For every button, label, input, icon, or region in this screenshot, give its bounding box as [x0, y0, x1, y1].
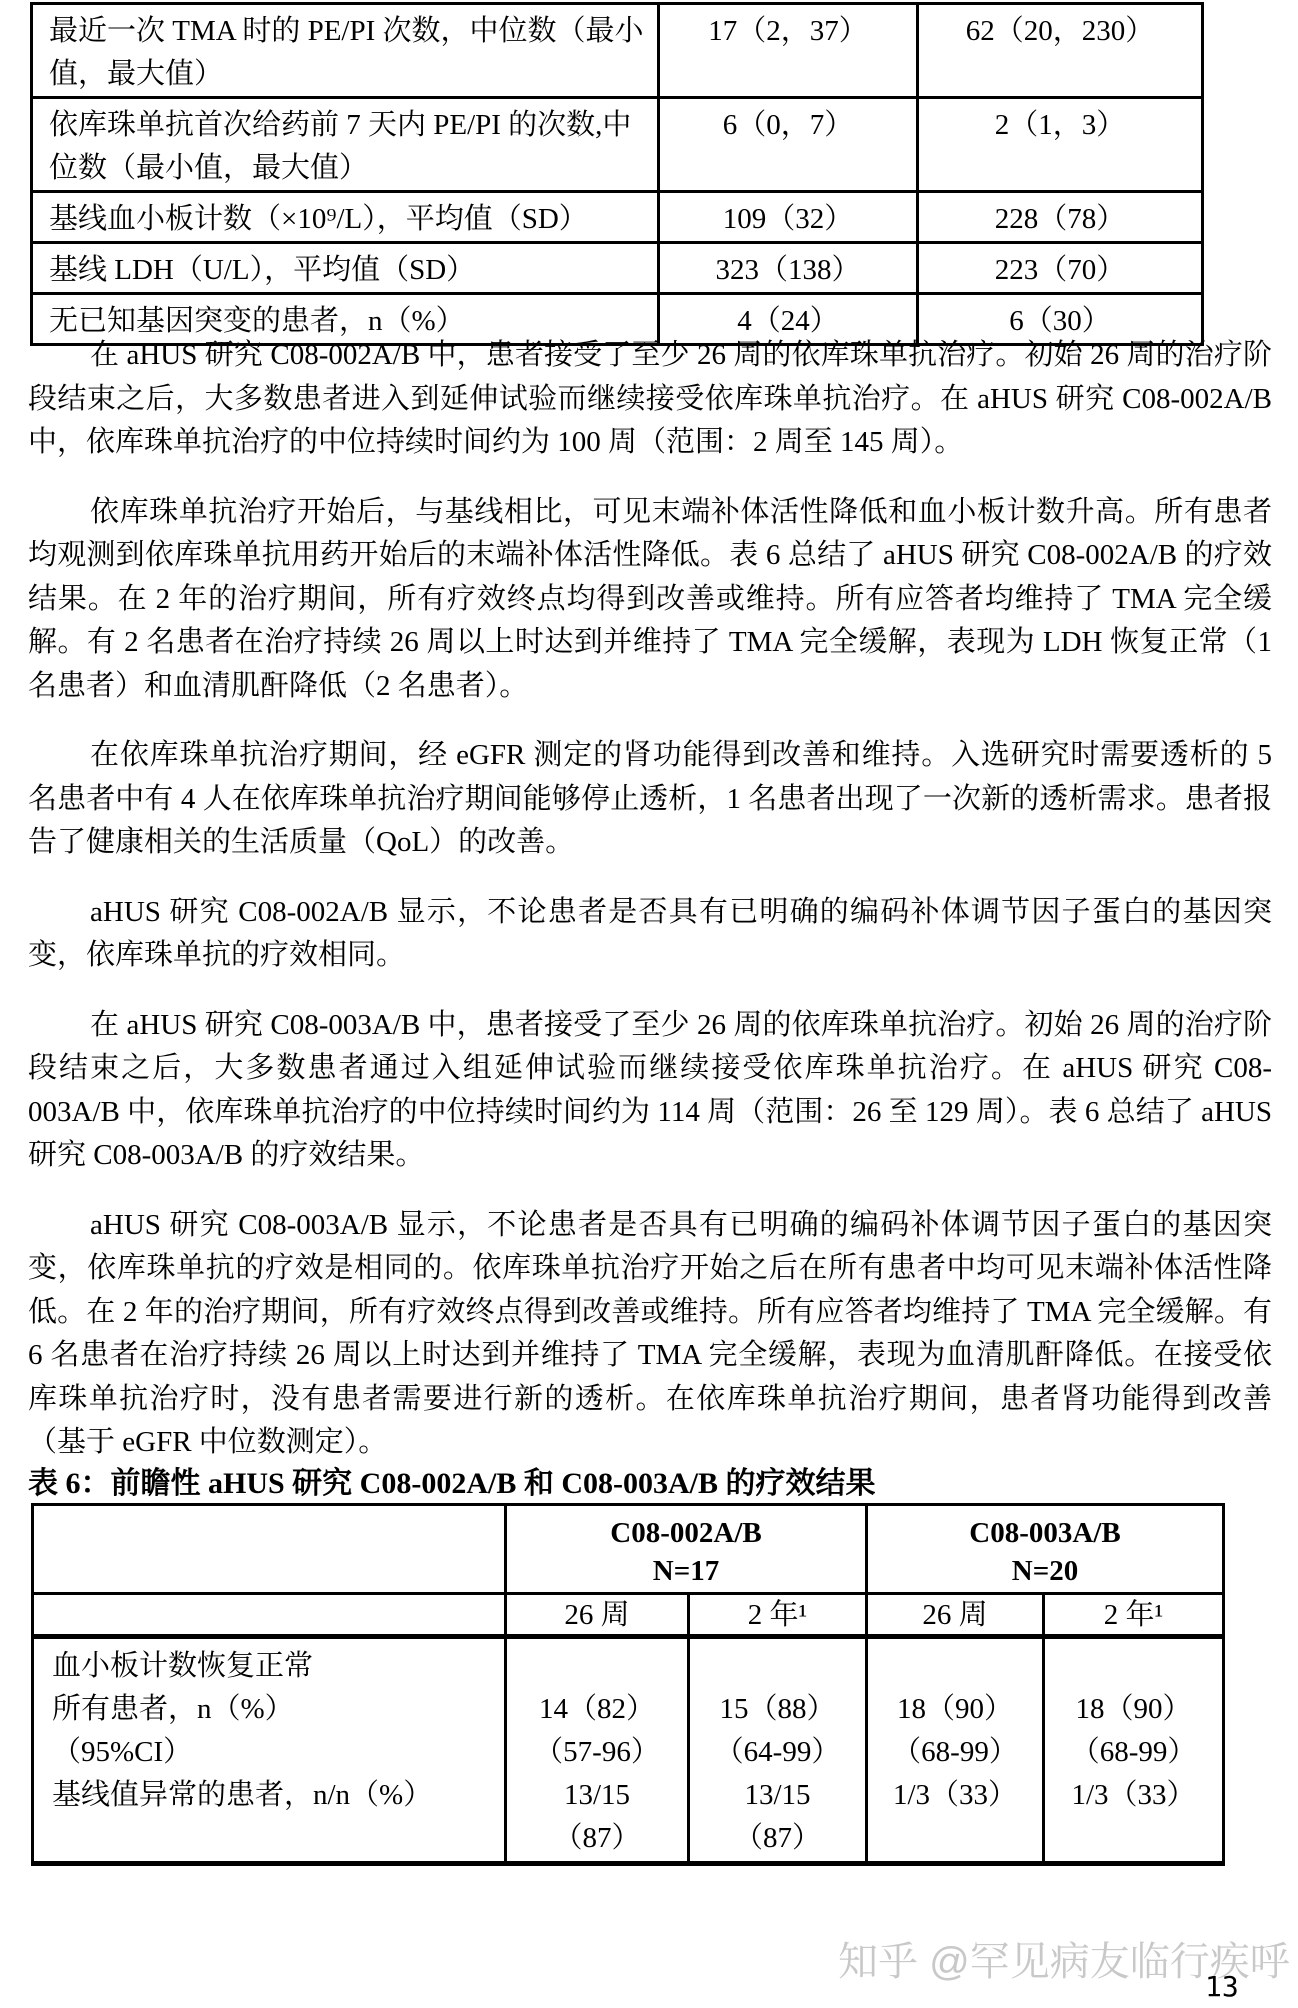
cell-value [869, 1645, 1041, 1688]
group1-n: N=17 [508, 1552, 864, 1590]
document-page: 最近一次 TMA 时的 PE/PI 次数，中位数（最小值，最大值） 17（2，3… [0, 0, 1298, 2008]
cell-value: 1/3（33） [1046, 1774, 1221, 1817]
row-label: 基线值异常的患者，n/n（%） [52, 1774, 503, 1817]
empty-header-cell [33, 1505, 506, 1594]
cell-value: （68-99） [1046, 1731, 1221, 1774]
subheader-2yr-2: 2 年¹ [1044, 1594, 1224, 1637]
cell-value: 13/15 [691, 1774, 864, 1817]
body-values-col1: 14（82） （57-96） 13/15 （87） [506, 1637, 689, 1864]
group2-header: C08-003A/B N=20 [867, 1505, 1224, 1594]
cell-value: 15（88） [691, 1688, 864, 1731]
row-label: 所有患者，n（%） [52, 1688, 503, 1731]
cell-value: （57-96） [508, 1731, 686, 1774]
row-label: 最近一次 TMA 时的 PE/PI 次数，中位数（最小值，最大值） [32, 4, 659, 98]
table6-body-row: 血小板计数恢复正常 所有患者，n（%） （95%CI） 基线值异常的患者，n/n… [33, 1637, 1224, 1864]
paragraph-2: 依库珠单抗治疗开始后，与基线相比，可见末端补体活性降低和血小板计数升高。所有患者… [28, 491, 1272, 709]
row-label [52, 1817, 503, 1860]
page-number: 13 [1205, 1970, 1239, 2003]
table-row: 基线血小板计数（×10⁹/L），平均值（SD） 109（32） 228（78） [32, 192, 1203, 243]
body-values-col4: 18（90） （68-99） 1/3（33） [1044, 1637, 1224, 1864]
cell-value: 1/3（33） [869, 1774, 1041, 1817]
group2-name: C08-003A/B [869, 1514, 1221, 1552]
paragraph-1: 在 aHUS 研究 C08-002A/B 中，患者接受了至少 26 周的依库珠单… [28, 334, 1272, 465]
paragraph-6: aHUS 研究 C08-003A/B 显示，不论患者是否具有已明确的编码补体调节… [28, 1204, 1272, 1465]
cell-value [691, 1645, 864, 1688]
subheader-2yr-1: 2 年¹ [689, 1594, 867, 1637]
body-values-col2: 15（88） （64-99） 13/15 （87） [689, 1637, 867, 1864]
row-label: 基线 LDH（U/L），平均值（SD） [32, 243, 659, 294]
table-row: 依库珠单抗首次给药前 7 天内 PE/PI 的次数,中位数（最小值，最大值） 6… [32, 98, 1203, 192]
row-label: 基线血小板计数（×10⁹/L），平均值（SD） [32, 192, 659, 243]
cell-value: 13/15 [508, 1774, 686, 1817]
row-value-2: 223（70） [918, 243, 1203, 294]
group1-header: C08-002A/B N=17 [506, 1505, 867, 1594]
cell-value [1046, 1817, 1221, 1860]
row-label: 血小板计数恢复正常 [52, 1645, 503, 1688]
row-value-1: 17（2，37） [659, 4, 918, 98]
baseline-characteristics-table: 最近一次 TMA 时的 PE/PI 次数，中位数（最小值，最大值） 17（2，3… [30, 2, 1204, 346]
table6-group-header-row: C08-002A/B N=17 C08-003A/B N=20 [33, 1505, 1224, 1594]
row-value-2: 228（78） [918, 192, 1203, 243]
cell-value [1046, 1645, 1221, 1688]
cell-value: （87） [508, 1817, 686, 1860]
group1-name: C08-002A/B [508, 1514, 864, 1552]
paragraph-4: aHUS 研究 C08-002A/B 显示，不论患者是否具有已明确的编码补体调节… [28, 891, 1272, 978]
subheader-26wk-1: 26 周 [506, 1594, 689, 1637]
paragraph-5: 在 aHUS 研究 C08-003A/B 中，患者接受了至少 26 周的依库珠单… [28, 1004, 1272, 1178]
row-value-2: 62（20，230） [918, 4, 1203, 98]
body-labels: 血小板计数恢复正常 所有患者，n（%） （95%CI） 基线值异常的患者，n/n… [33, 1637, 506, 1864]
cell-value: （87） [691, 1817, 864, 1860]
body-text: 在 aHUS 研究 C08-002A/B 中，患者接受了至少 26 周的依库珠单… [28, 334, 1272, 1491]
table6-subheader-row: 26 周 2 年¹ 26 周 2 年¹ [33, 1594, 1224, 1637]
cell-value [508, 1645, 686, 1688]
cell-value: 14（82） [508, 1688, 686, 1731]
table-row: 最近一次 TMA 时的 PE/PI 次数，中位数（最小值，最大值） 17（2，3… [32, 4, 1203, 98]
group2-n: N=20 [869, 1552, 1221, 1590]
efficacy-results-table: C08-002A/B N=17 C08-003A/B N=20 26 周 2 年… [31, 1503, 1225, 1866]
empty-header-cell [33, 1594, 506, 1637]
row-value-1: 6（0，7） [659, 98, 918, 192]
paragraph-3: 在依库珠单抗治疗期间，经 eGFR 测定的肾功能得到改善和维持。入选研究时需要透… [28, 734, 1272, 865]
cell-value: （68-99） [869, 1731, 1041, 1774]
cell-value: 18（90） [869, 1688, 1041, 1731]
table-row: 基线 LDH（U/L），平均值（SD） 323（138） 223（70） [32, 243, 1203, 294]
row-value-2: 2（1，3） [918, 98, 1203, 192]
row-label: 依库珠单抗首次给药前 7 天内 PE/PI 的次数,中位数（最小值，最大值） [32, 98, 659, 192]
table6-title: 表 6：前瞻性 aHUS 研究 C08-002A/B 和 C08-003A/B … [28, 1466, 1272, 1502]
body-values-col3: 18（90） （68-99） 1/3（33） [867, 1637, 1044, 1864]
cell-value: 18（90） [1046, 1688, 1221, 1731]
subheader-26wk-2: 26 周 [867, 1594, 1044, 1637]
row-value-1: 323（138） [659, 243, 918, 294]
row-label: （95%CI） [52, 1731, 503, 1774]
cell-value: （64-99） [691, 1731, 864, 1774]
row-value-1: 109（32） [659, 192, 918, 243]
cell-value [869, 1817, 1041, 1860]
